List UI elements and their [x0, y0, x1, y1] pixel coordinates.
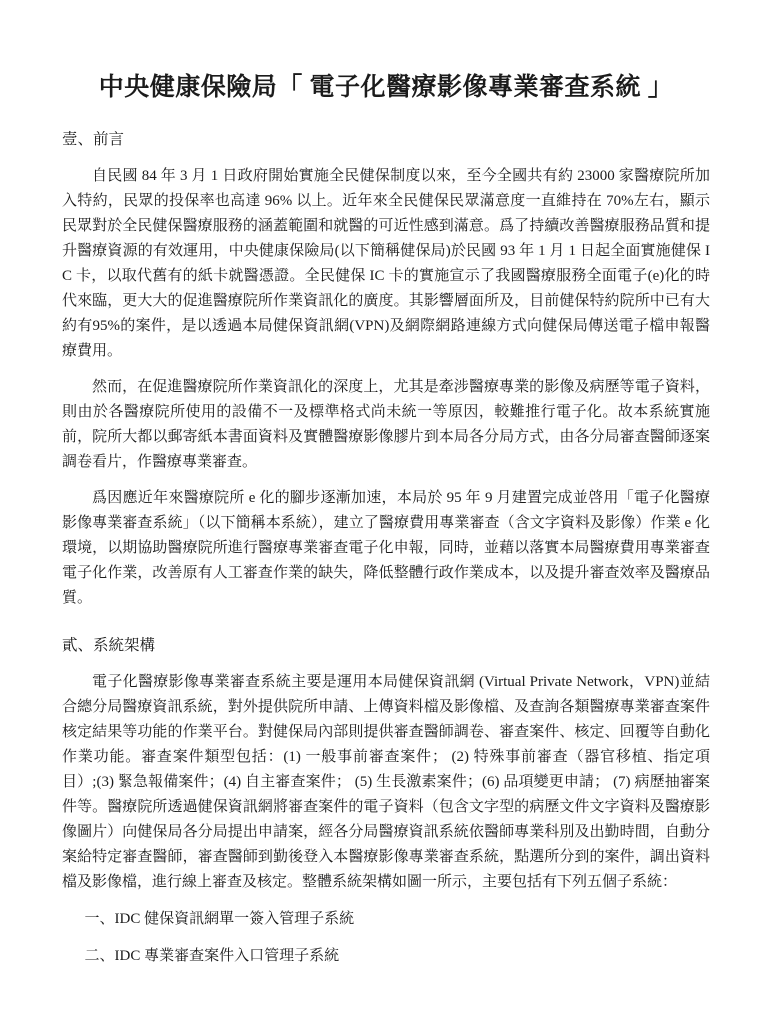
document-title: 中央健康保險局「 電子化醫療影像專業審查系統 」 — [62, 70, 710, 105]
subsystem-list-item-2: 二、IDC 專業審查案件入口管理子系統 — [62, 944, 710, 969]
document-page: 中央健康保險局「 電子化醫療影像專業審查系統 」 壹、前言 自民國 84 年 3… — [0, 0, 770, 1024]
paragraph-intro-1: 自民國 84 年 3 月 1 日政府開始實施全民健保制度以來，至今全國共有約 2… — [62, 164, 710, 364]
paragraph-intro-2: 然而，在促進醫療院所作業資訊化的深度上，尤其是牽涉醫療專業的影像及病歷等電子資料… — [62, 375, 710, 475]
section-heading-architecture: 貳、系統架構 — [62, 633, 710, 658]
subsystem-list-item-1: 一、IDC 健保資訊網單一簽入管理子系統 — [62, 907, 710, 932]
section-heading-intro: 壹、前言 — [62, 127, 710, 152]
paragraph-architecture-1: 電子化醫療影像專業審查系統主要是運用本局健保資訊網 (Virtual Priva… — [62, 670, 710, 895]
paragraph-intro-3: 爲因應近年來醫療院所 e 化的腳步逐漸加速，本局於 95 年 9 月建置完成並啓… — [62, 486, 710, 611]
